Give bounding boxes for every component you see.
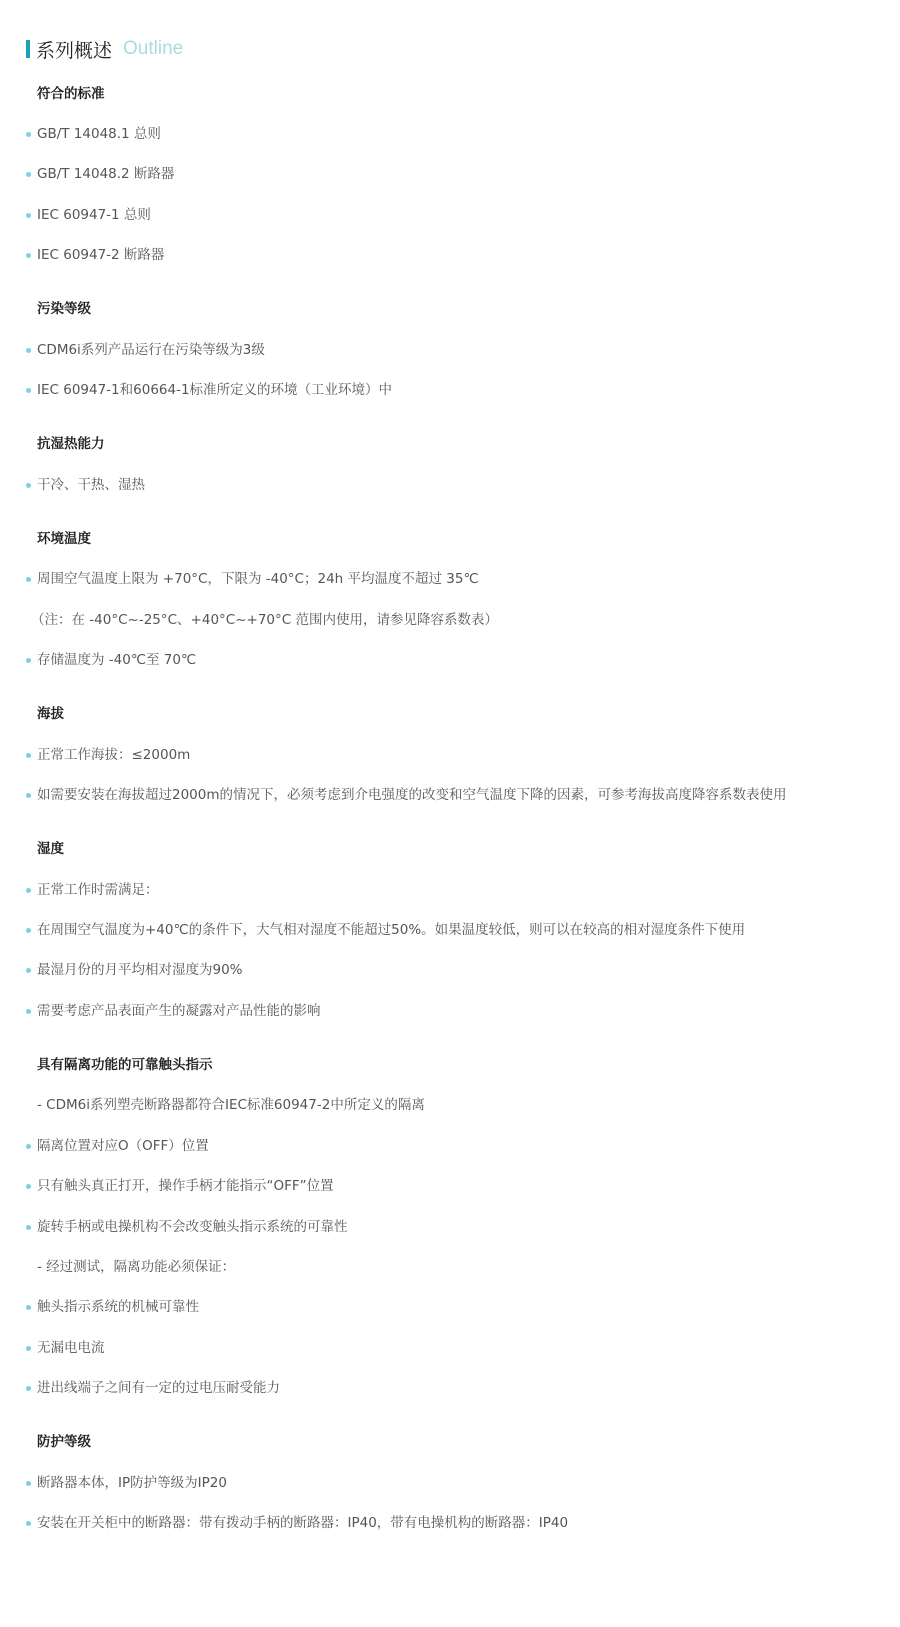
bullet-dot-icon bbox=[26, 348, 31, 353]
list-item-text: 干冷、干热、湿热 bbox=[37, 475, 145, 495]
sub-point-text: - 经过测试，隔离功能必须保证： bbox=[37, 1257, 235, 1277]
list-item: 旋转手柄或电操机构不会改变触头指示系统的可靠性 bbox=[26, 1217, 348, 1237]
bullet-dot-icon bbox=[26, 658, 31, 663]
bullet-dot-icon bbox=[26, 577, 31, 582]
bullet-dot-icon bbox=[26, 753, 31, 758]
bullet-dot-icon bbox=[26, 968, 31, 973]
list-item: 正常工作海拔：≤2000m bbox=[26, 745, 190, 765]
list-item: 只有触头真正打开，操作手柄才能指示“OFF”位置 bbox=[26, 1176, 334, 1196]
list-item: IEC 60947-2 断路器 bbox=[26, 245, 164, 265]
list-item-text: 正常工作海拔：≤2000m bbox=[37, 745, 190, 765]
list-item-text: IEC 60947-1和60664-1标准所定义的环境（工业环境）中 bbox=[37, 380, 392, 400]
list-item: 存储温度为 -40℃至 70℃ bbox=[26, 650, 196, 670]
list-item-text: 只有触头真正打开，操作手柄才能指示“OFF”位置 bbox=[37, 1176, 334, 1196]
bullet-dot-icon bbox=[26, 1386, 31, 1391]
list-item: 最湿月份的月平均相对湿度为90% bbox=[26, 960, 243, 980]
bullet-dot-icon bbox=[26, 1009, 31, 1014]
list-item: CDM6i系列产品运行在污染等级为3级 bbox=[26, 340, 265, 360]
list-item: 隔离位置对应O（OFF）位置 bbox=[26, 1136, 209, 1156]
list-item: 在周围空气温度为+40℃的条件下，大气相对湿度不能超过50%。如果温度较低，则可… bbox=[26, 920, 745, 940]
list-item: IEC 60947-1 总则 bbox=[26, 205, 151, 225]
list-item-text: 安装在开关柜中的断路器：带有拨动手柄的断路器：IP40，带有电操机构的断路器：I… bbox=[37, 1513, 568, 1533]
list-item: 进出线端子之间有一定的过电压耐受能力 bbox=[26, 1378, 280, 1398]
list-item: 无漏电电流 bbox=[26, 1338, 105, 1358]
note-text: （注：在 -40°C~-25°C、+40°C~+70°C 范围内使用，请参见降容… bbox=[31, 610, 498, 630]
list-item: GB/T 14048.2 断路器 bbox=[26, 164, 174, 184]
list-item: GB/T 14048.1 总则 bbox=[26, 124, 161, 144]
bullet-dot-icon bbox=[26, 1521, 31, 1526]
list-item-text: GB/T 14048.1 总则 bbox=[37, 124, 161, 144]
section-heading: 抗湿热能力 bbox=[37, 434, 105, 454]
list-item-text: 隔离位置对应O（OFF）位置 bbox=[37, 1136, 209, 1156]
section-heading: 防护等级 bbox=[37, 1432, 91, 1452]
list-item-text: GB/T 14048.2 断路器 bbox=[37, 164, 174, 184]
title-accent-bar bbox=[26, 40, 30, 58]
list-item-text: 最湿月份的月平均相对湿度为90% bbox=[37, 960, 243, 980]
section-heading: 海拔 bbox=[37, 704, 64, 724]
list-item: 需要考虑产品表面产生的凝露对产品性能的影响 bbox=[26, 1001, 321, 1021]
bullet-dot-icon bbox=[26, 928, 31, 933]
bullet-dot-icon bbox=[26, 793, 31, 798]
list-item-text: IEC 60947-1 总则 bbox=[37, 205, 151, 225]
list-item-text: CDM6i系列产品运行在污染等级为3级 bbox=[37, 340, 265, 360]
section-heading: 污染等级 bbox=[37, 299, 91, 319]
list-item: IEC 60947-1和60664-1标准所定义的环境（工业环境）中 bbox=[26, 380, 392, 400]
bullet-dot-icon bbox=[26, 388, 31, 393]
bullet-dot-icon bbox=[26, 1346, 31, 1351]
title-chinese: 系列概述 bbox=[36, 36, 112, 63]
section-heading: 具有隔离功能的可靠触头指示 bbox=[37, 1055, 213, 1075]
list-item-text: 存储温度为 -40℃至 70℃ bbox=[37, 650, 196, 670]
list-item-text: 正常工作时需满足： bbox=[37, 880, 159, 900]
bullet-dot-icon bbox=[26, 213, 31, 218]
bullet-dot-icon bbox=[26, 253, 31, 258]
bullet-dot-icon bbox=[26, 483, 31, 488]
bullet-dot-icon bbox=[26, 1184, 31, 1189]
list-item-text: 进出线端子之间有一定的过电压耐受能力 bbox=[37, 1378, 280, 1398]
bullet-dot-icon bbox=[26, 888, 31, 893]
list-item-text: 旋转手柄或电操机构不会改变触头指示系统的可靠性 bbox=[37, 1217, 348, 1237]
list-item-text: 需要考虑产品表面产生的凝露对产品性能的影响 bbox=[37, 1001, 321, 1021]
bullet-dot-icon bbox=[26, 172, 31, 177]
list-item: 干冷、干热、湿热 bbox=[26, 475, 145, 495]
title-english: Outline bbox=[123, 38, 183, 60]
section-heading: 环境温度 bbox=[37, 529, 91, 549]
bullet-dot-icon bbox=[26, 1144, 31, 1149]
bullet-dot-icon bbox=[26, 132, 31, 137]
list-item: 正常工作时需满足： bbox=[26, 880, 159, 900]
list-item-text: 无漏电电流 bbox=[37, 1338, 105, 1358]
section-title: 系列概述 Outline bbox=[26, 36, 183, 62]
list-item-text: 触头指示系统的机械可靠性 bbox=[37, 1297, 199, 1317]
sub-point-text: - CDM6i系列塑壳断路器都符合IEC标准60947-2中所定义的隔离 bbox=[37, 1095, 425, 1115]
list-item-text: 断路器本体，IP防护等级为IP20 bbox=[37, 1473, 227, 1493]
section-heading: 湿度 bbox=[37, 839, 64, 859]
list-item-text: IEC 60947-2 断路器 bbox=[37, 245, 164, 265]
bullet-dot-icon bbox=[26, 1305, 31, 1310]
list-item: 触头指示系统的机械可靠性 bbox=[26, 1297, 199, 1317]
section-heading: 符合的标准 bbox=[37, 84, 105, 104]
list-item: 周围空气温度上限为 +70°C，下限为 -40°C；24h 平均温度不超过 35… bbox=[26, 569, 479, 589]
list-item-text: 在周围空气温度为+40℃的条件下，大气相对湿度不能超过50%。如果温度较低，则可… bbox=[37, 920, 745, 940]
bullet-dot-icon bbox=[26, 1481, 31, 1486]
list-item: 如需要安装在海拔超过2000m的情况下，必须考虑到介电强度的改变和空气温度下降的… bbox=[26, 785, 787, 805]
bullet-dot-icon bbox=[26, 1225, 31, 1230]
list-item: 断路器本体，IP防护等级为IP20 bbox=[26, 1473, 227, 1493]
list-item: 安装在开关柜中的断路器：带有拨动手柄的断路器：IP40，带有电操机构的断路器：I… bbox=[26, 1513, 568, 1533]
list-item-text: 如需要安装在海拔超过2000m的情况下，必须考虑到介电强度的改变和空气温度下降的… bbox=[37, 785, 787, 805]
list-item-text: 周围空气温度上限为 +70°C，下限为 -40°C；24h 平均温度不超过 35… bbox=[37, 569, 479, 589]
